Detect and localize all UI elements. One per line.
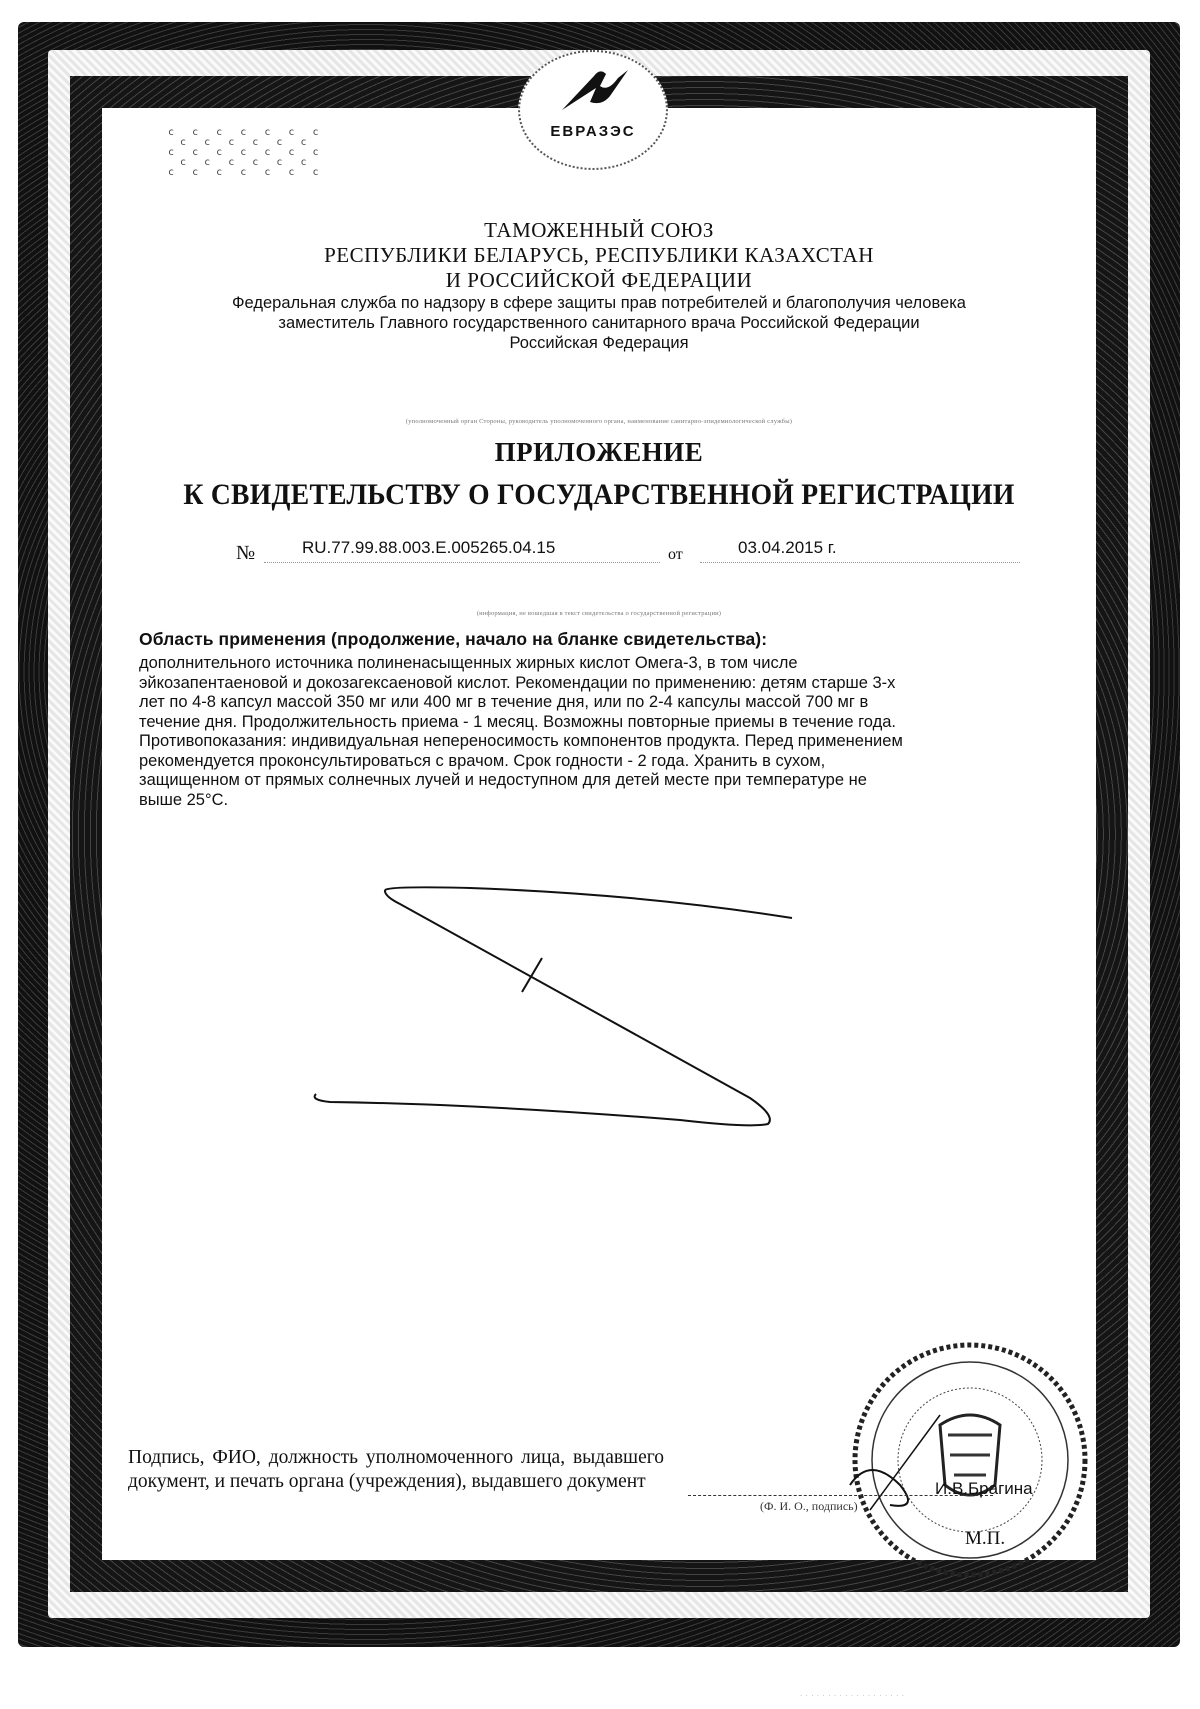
z-cancellation-mark — [280, 860, 840, 1140]
seal-abbreviation: М.П. — [965, 1528, 1005, 1550]
official-title: заместитель Главного государственного са… — [102, 313, 1096, 333]
body-line: защищенном от прямых солнечных лучей и н… — [139, 771, 1069, 791]
country-name: Российская Федерация — [102, 333, 1096, 353]
number-label: № — [236, 542, 255, 565]
union-line-3: И РОССИЙСКОЙ ФЕДЕРАЦИИ — [102, 268, 1096, 293]
body-line: выше 25°C. — [139, 791, 1069, 811]
eurasec-emblem: ЕВРАЗЭС — [518, 50, 668, 170]
authorized-body-caption: (уполномоченный орган Стороны, руководит… — [102, 418, 1096, 425]
registration-date: 03.04.2015 г. — [738, 538, 837, 558]
appendix-subtitle: К СВИДЕТЕЛЬСТВУ О ГОСУДАРСТВЕННОЙ РЕГИСТ… — [142, 478, 1056, 512]
body-line: Противопоказания: индивидуальная неперен… — [139, 732, 1069, 752]
from-label: от — [668, 546, 683, 564]
date-underline — [700, 562, 1020, 563]
info-caption: (информация, не вошедшая в текст свидете… — [102, 610, 1096, 617]
union-line-1: ТАМОЖЕННЫЙ СОЮЗ — [102, 218, 1096, 243]
registration-line: № RU.77.99.88.003.E.005265.04.15 от 03.0… — [236, 538, 1036, 564]
union-line-2: РЕСПУБЛИКИ БЕЛАРУСЬ, РЕСПУБЛИКИ КАЗАХСТА… — [102, 243, 1096, 268]
section-title: Область применения (продолжение, начало … — [139, 629, 1069, 650]
body-line: течение дня. Продолжительность приема - … — [139, 713, 1069, 733]
printer-footer-mark: · · · · · · · · · · · · · · · · · · · — [800, 1693, 905, 1699]
eurasec-bird-emblem-icon — [560, 66, 630, 116]
number-underline — [264, 562, 660, 563]
signature-label: Подпись, ФИО, должность уполномоченного … — [128, 1446, 664, 1494]
body-line: дополнительного источника полиненасыщенн… — [139, 654, 1069, 674]
application-area-section: Область применения (продолжение, начало … — [139, 629, 1069, 810]
emblem-label: ЕВРАЗЭС — [550, 123, 635, 140]
body-line: рекомендуется проконсультироваться с вра… — [139, 752, 1069, 772]
body-line: эйкозапентаеновой и докозагексаеновой ки… — [139, 674, 1069, 694]
security-pattern: c c c c c c c c c c c c c c c c c c c c … — [168, 128, 338, 198]
authority-name: Федеральная служба по надзору в сфере за… — [102, 293, 1096, 313]
body-line: лет по 4-8 капсул массой 350 мг или 400 … — [139, 693, 1069, 713]
registration-number: RU.77.99.88.003.E.005265.04.15 — [302, 538, 555, 558]
appendix-title: ПРИЛОЖЕНИЕ — [102, 437, 1096, 468]
signature-caption: (Ф. И. О., подпись) — [760, 1499, 858, 1514]
signatory-name: И.В.Брагина — [935, 1479, 1033, 1499]
